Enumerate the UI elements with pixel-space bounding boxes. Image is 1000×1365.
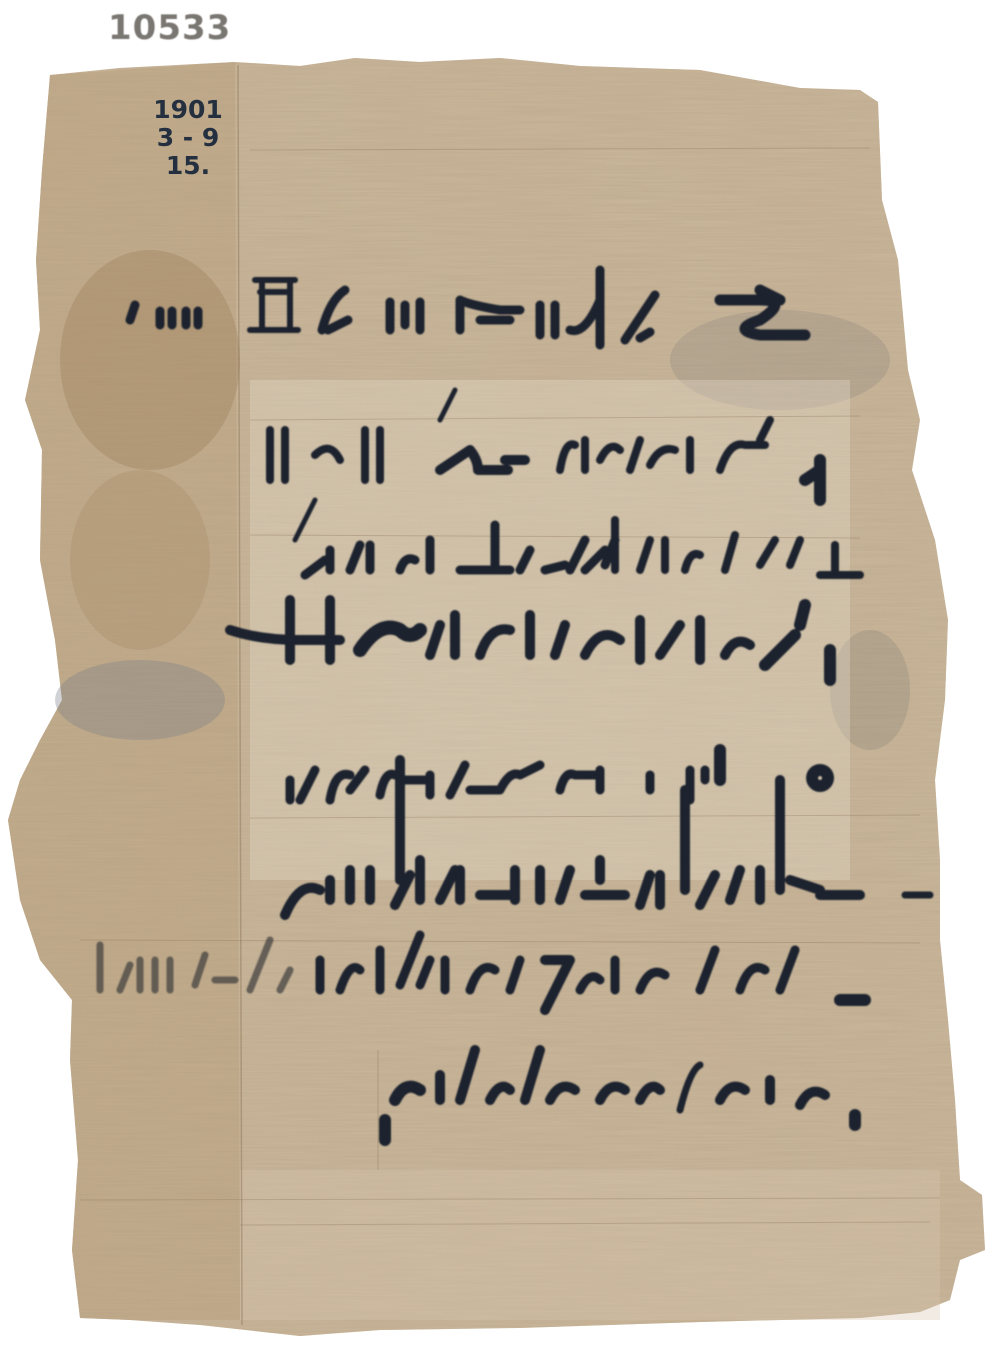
- papyrus-fragment: [0, 0, 1000, 1365]
- registration-label: 1901 3 - 9 15.: [140, 96, 236, 180]
- registration-year: 1901: [140, 96, 236, 124]
- registration-item: 15.: [140, 152, 236, 180]
- registration-range: 3 - 9: [140, 124, 236, 152]
- papyrus-sheet: [0, 0, 1000, 1365]
